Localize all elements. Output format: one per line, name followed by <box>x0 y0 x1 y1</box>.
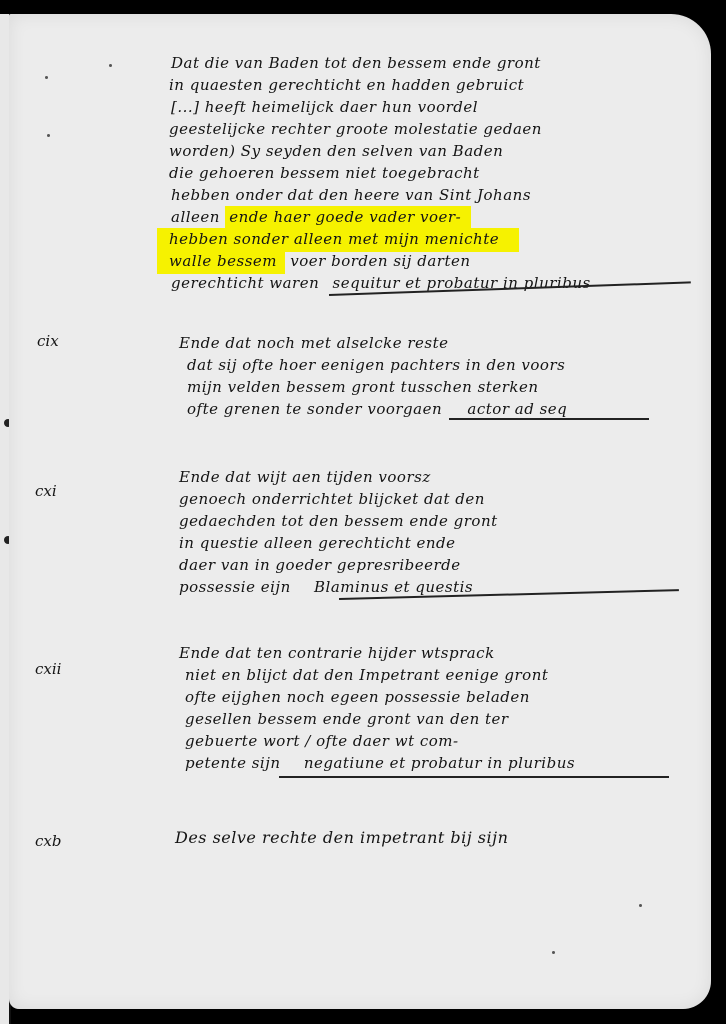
text-line: alleen ende haer goede vader voer- <box>171 208 471 226</box>
text-line: mijn velden bessem gront tusschen sterke… <box>187 378 539 396</box>
text-line: die gehoeren bessem niet toegebracht <box>169 164 480 182</box>
text-line: Dat die van Baden tot den bessem ende gr… <box>171 54 541 72</box>
text-line: hebben sonder alleen met mijn menichte <box>157 230 519 248</box>
text-line: ofte eijghen noch egeen possessie belade… <box>185 688 530 706</box>
paper-speck <box>639 904 642 907</box>
margin-number: cxii <box>35 660 61 678</box>
annotation-note: Blaminus et questis <box>314 578 473 596</box>
text-line: walle bessem voer borden sij darten <box>157 252 471 270</box>
highlighted-text[interactable]: ende haer goede vader voer- <box>225 206 471 230</box>
text-line: Des selve rechte den impetrant bij sijn <box>175 828 508 847</box>
text-line: gerechticht waren sequitur et probatur i… <box>171 274 591 292</box>
text-line: Ende dat ten contrarie hijder wtsprack <box>179 644 495 662</box>
text-fragment: petente sijn <box>185 754 281 772</box>
text-line: possessie eijn Blaminus et questis <box>179 578 473 596</box>
text-line: in questie alleen gerechticht ende <box>179 534 456 552</box>
text-line: daer van in goeder gepresribeerde <box>179 556 461 574</box>
paper-speck <box>552 951 555 954</box>
text-line: ofte grenen te sonder voorgaen actor ad … <box>187 400 567 418</box>
text-line: in quaesten gerechticht en hadden gebrui… <box>169 76 524 94</box>
manuscript-page: Dat die van Baden tot den bessem ende gr… <box>9 14 711 1009</box>
margin-number: cxb <box>35 832 61 850</box>
text-fragment: gerechticht waren <box>171 274 319 292</box>
highlighted-text[interactable]: walle bessem <box>157 250 285 274</box>
margin-number: cxi <box>35 482 57 500</box>
text-line: petente sijn negatiune et probatur in pl… <box>185 754 575 772</box>
text-fragment: possessie eijn <box>179 578 291 596</box>
text-line: genoech onderrichtet blijcket dat den <box>179 490 485 508</box>
text-line: gedaechden tot den bessem ende gront <box>179 512 498 530</box>
text-line: Ende dat wijt aen tijden voorsz <box>179 468 431 486</box>
underline-stroke <box>279 776 669 778</box>
text-fragment: ofte grenen te sonder voorgaen <box>187 400 442 418</box>
text-line: Ende dat noch met alselcke reste <box>179 334 449 352</box>
text-line: dat sij ofte hoer eenigen pachters in de… <box>187 356 565 374</box>
text-line: gesellen bessem ende gront van den ter <box>185 710 509 728</box>
margin-number: cix <box>37 332 59 350</box>
text-line: [...] heeft heimelijck daer hun voordel <box>171 98 478 116</box>
text-line: gebuerte wort / ofte daer wt com- <box>185 732 459 750</box>
text-fragment: alleen <box>171 208 220 226</box>
annotation-note: negatiune et probatur in pluribus <box>304 754 575 772</box>
annotation-note: actor ad seq <box>467 400 567 418</box>
text-line: niet en blijct dat den Impetrant eenige … <box>185 666 548 684</box>
text-line: hebben onder dat den heere van Sint Joha… <box>171 186 531 204</box>
text-line: worden) Sy seyden den selven van Baden <box>169 142 503 160</box>
highlighted-text[interactable]: hebben sonder alleen met mijn menichte <box>157 228 519 252</box>
paper-speck <box>45 76 48 79</box>
underline-stroke <box>449 418 649 420</box>
paper-speck <box>47 134 50 137</box>
text-line: geestelijcke rechter groote molestatie g… <box>169 120 542 138</box>
text-fragment: voer borden sij darten <box>290 252 470 270</box>
paper-speck <box>109 64 112 67</box>
